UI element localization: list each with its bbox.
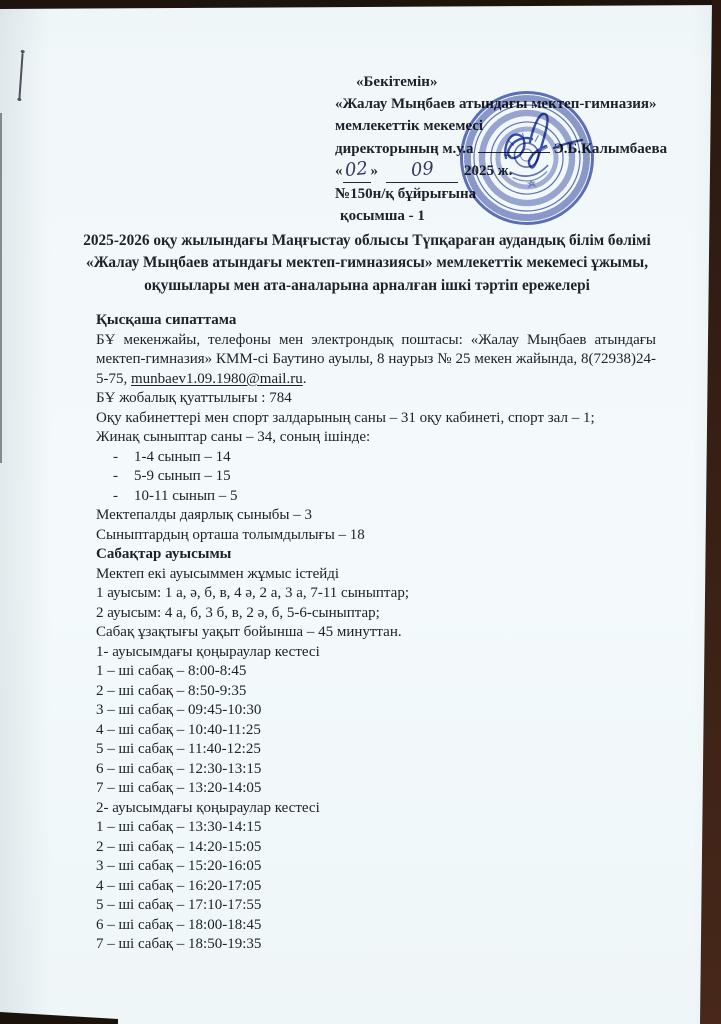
body-line: 4 – ші сабақ – 10:40-11:25 [96, 721, 656, 741]
handwritten-month: 09 [410, 164, 434, 176]
body-line: 4 – ші сабақ – 16:20-17:05 [96, 877, 656, 897]
signature [496, 106, 600, 178]
title-line-3: оқушылары мен ата-аналарына арналған ішк… [58, 275, 676, 297]
body-line: 7 – ші сабақ – 13:20-14:05 [96, 779, 656, 799]
document-title: 2025-2026 оқу жылындағы Маңғыстау облысы… [58, 230, 676, 297]
body-line: БҰ жобалық қуаттылығы : 784 [96, 389, 656, 409]
body-line: 6 – ші сабақ – 18:00-18:45 [96, 916, 656, 936]
body-line: Оқу кабинеттері мен спорт залдарының сан… [96, 409, 656, 429]
quote-open: « [335, 163, 343, 179]
text-span: . [303, 371, 307, 387]
list-text: 10-11 сынып – 5 [134, 488, 238, 504]
body-line: Сабақ ұзақтығы уақыт бойынша – 45 минутт… [96, 623, 656, 643]
body-line: 1 ауысым: 1 а, ә, б, в, 4 ә, 2 а, 3 а, 7… [96, 584, 656, 604]
body-line: 2 – ші сабақ – 8:50-9:35 [96, 682, 656, 702]
pen-mark [18, 53, 23, 99]
body-line: -1-4 сынып – 14 [96, 448, 656, 468]
body-line: Сабақтар ауысымы [96, 545, 656, 565]
body-line: 1- ауысымдағы қоңыраулар кестесі [96, 643, 656, 663]
scan-edge-top [0, 0, 721, 10]
body-line: 1 – ші сабақ – 13:30-14:15 [96, 818, 656, 838]
list-dash: - [113, 487, 134, 507]
list-text: 1-4 сынып – 14 [134, 449, 231, 465]
document-body: Қысқаша сипаттамаБҰ мекенжайы, телефоны … [96, 311, 656, 955]
date-month-blank: 09 [386, 160, 458, 183]
body-line: 2- ауысымдағы қоңыраулар кестесі [96, 799, 656, 819]
email-address: munbaev1.09.1980@mail.ru [131, 371, 303, 387]
body-line: Мектепалды даярлық сыныбы – 3 [96, 506, 656, 526]
title-line-1: 2025-2026 оқу жылындағы Маңғыстау облысы… [58, 230, 676, 252]
list-dash: - [113, 467, 134, 487]
body-line: -10-11 сынып – 5 [96, 487, 656, 507]
scanned-document-page: «Бекітемін» «Жалау Мыңбаев атындағы мект… [0, 0, 721, 1024]
scan-edge-left [0, 113, 2, 463]
body-line: 5 – ші сабақ – 11:40-12:25 [96, 740, 656, 760]
body-line: 5 – ші сабақ – 17:10-17:55 [96, 896, 656, 916]
body-line: Мектеп екі ауысыммен жұмыс істейді [96, 565, 656, 585]
body-line: 7 – ші сабақ – 18:50-19:35 [96, 935, 656, 955]
body-line: -5-9 сынып – 15 [96, 467, 656, 487]
body-line: Қысқаша сипаттама [96, 311, 656, 331]
body-line: 3 – ші сабақ – 09:45-10:30 [96, 701, 656, 721]
body-line: 2 ауысым: 4 а, б, 3 б, в, 2 ә, б, 5-6-сы… [96, 604, 656, 624]
handwritten-day: 02 [345, 164, 369, 176]
body-line: Жинақ сыныптар саны – 34, соның ішінде: [96, 428, 656, 448]
date-day-blank: 02 [343, 160, 371, 183]
title-line-2: «Жалау Мыңбаев атындағы мектеп-гимназияс… [58, 252, 676, 274]
body-line: 2 – ші сабақ – 14:20-15:05 [96, 838, 656, 858]
list-dash: - [113, 448, 134, 468]
quote-close: » [371, 163, 379, 179]
list-text: 5-9 сынып – 15 [134, 468, 231, 484]
body-line: 1 – ші сабақ – 8:00-8:45 [96, 662, 656, 682]
body-line: 6 – ші сабақ – 12:30-13:15 [96, 760, 656, 780]
body-line: 3 – ші сабақ – 15:20-16:05 [96, 857, 656, 877]
body-line: БҰ мекенжайы, телефоны мен электрондық п… [96, 331, 656, 390]
body-line: Сыныптардың орташа толымдылығы – 18 [96, 526, 656, 546]
